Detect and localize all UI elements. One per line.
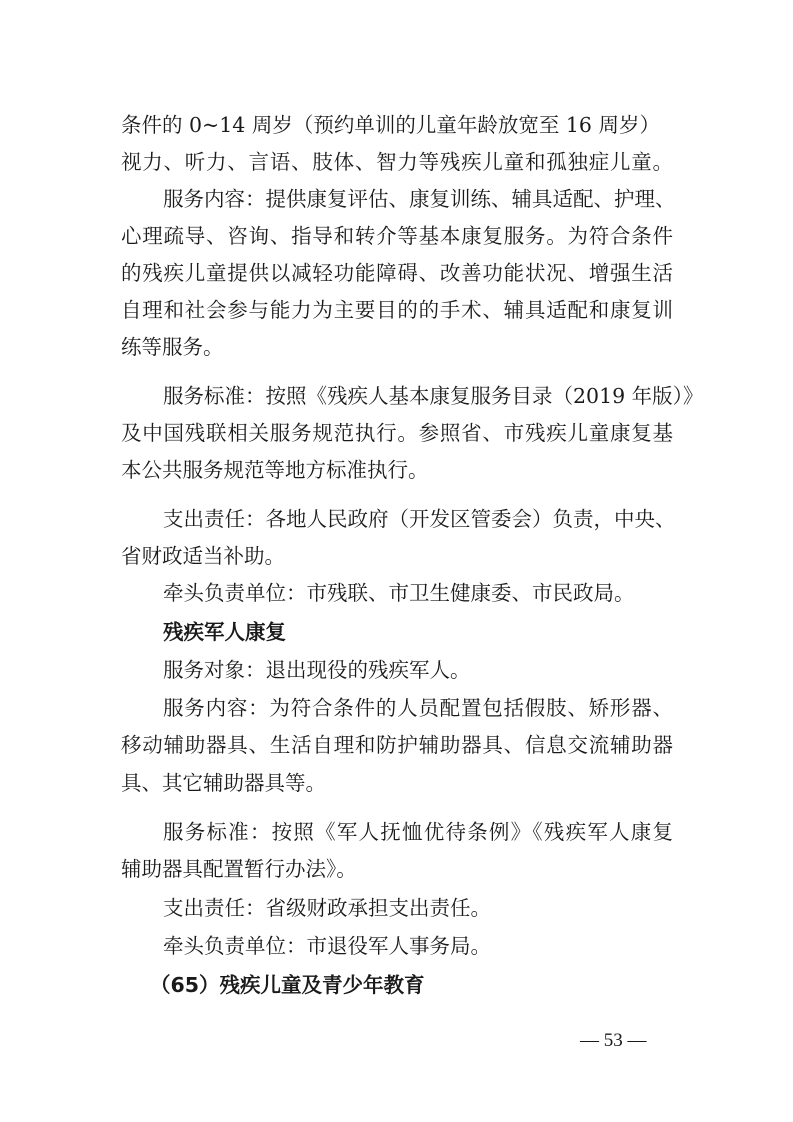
body-text-line: 辅助器具配置暂行办法》。 — [121, 856, 673, 882]
body-text-line: 移动辅助器具、生活自理和防护辅助器具、信息交流辅助器 — [121, 732, 673, 758]
body-text-line: 本公共服务规范等地方标准执行。 — [121, 457, 673, 483]
page-number: — 53 — — [580, 1030, 647, 1052]
body-text-line: 条件的 0~14 周岁（预约单训的儿童年龄放宽至 16 周岁） — [121, 112, 673, 138]
body-text-line: 的残疾儿童提供以减轻功能障碍、改善功能状况、增强生活 — [121, 260, 673, 286]
body-text-line: 省财政适当补助。 — [121, 543, 673, 569]
body-text-line: 练等服务。 — [121, 334, 673, 360]
document-page: 条件的 0~14 周岁（预约单训的儿童年龄放宽至 16 周岁） 视力、听力、言语… — [0, 0, 793, 1122]
paragraph-service-target: 服务对象：退出现役的残疾军人。 — [163, 657, 673, 683]
paragraph-lead-unit: 牵头负责单位：市退役军人事务局。 — [163, 933, 673, 959]
paragraph-service-standard: 服务标准：按照《军人抚恤优待条例》《残疾军人康复 — [163, 819, 673, 845]
body-text-line: 具、其它辅助器具等。 — [121, 770, 673, 796]
paragraph-service-standard: 服务标准：按照《残疾人基本康复服务目录（2019 年版）》 — [163, 383, 673, 409]
paragraph-lead-unit: 牵头负责单位：市残联、市卫生健康委、市民政局。 — [163, 580, 673, 606]
paragraph-service-content: 服务内容：为符合条件的人员配置包括假肢、矫形器、 — [163, 695, 673, 721]
paragraph-expenditure: 支出责任：各地人民政府（开发区管委会）负责，中央、 — [163, 506, 673, 532]
section-heading-veteran-rehab: 残疾军人康复 — [163, 619, 673, 645]
body-text-line: 视力、听力、言语、肢体、智力等残疾儿童和孤独症儿童。 — [121, 149, 673, 175]
body-text-line: 自理和社会参与能力为主要目的的手术、辅具适配和康复训 — [121, 297, 673, 323]
body-text-line: 心理疏导、咨询、指导和转介等基本康复服务。为符合条件 — [121, 223, 673, 249]
body-text-line: 及中国残联相关服务规范执行。参照省、市残疾儿童康复基 — [121, 420, 673, 446]
paragraph-service-content: 服务内容：提供康复评估、康复训练、辅具适配、护理、 — [163, 186, 673, 212]
paragraph-expenditure: 支出责任：省级财政承担支出责任。 — [163, 895, 673, 921]
section-heading-65: （65）残疾儿童及青少年教育 — [150, 972, 702, 998]
